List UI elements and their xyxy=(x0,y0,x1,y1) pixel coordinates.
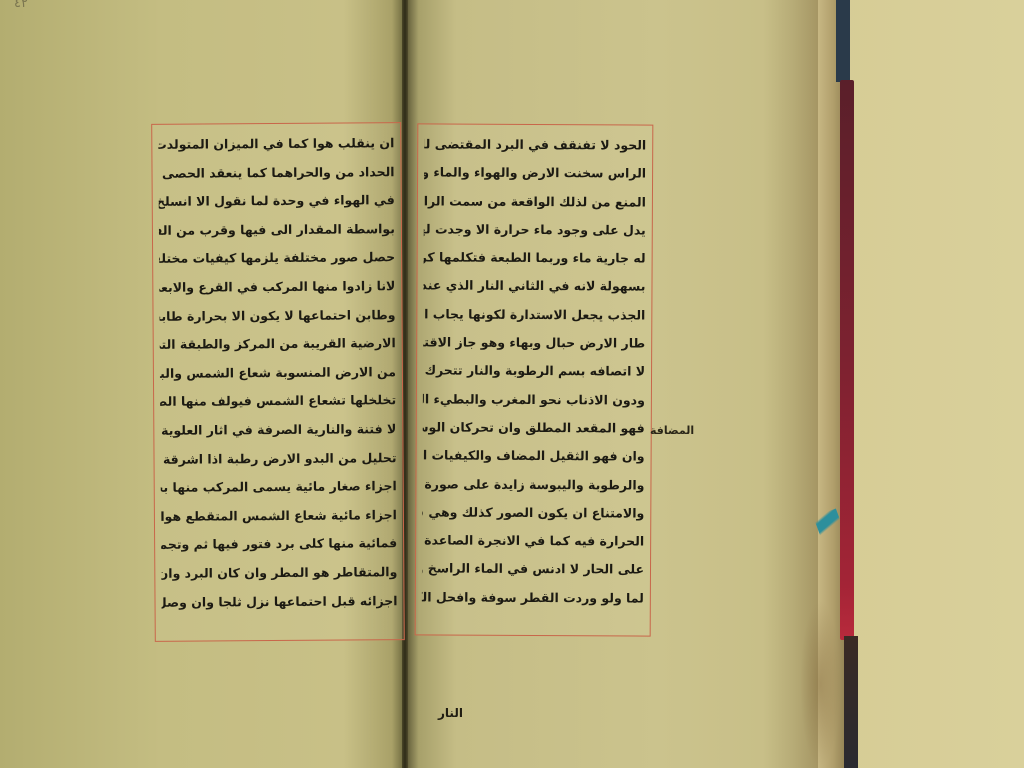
manuscript-line: لا اتصافه بسم الرطوبة والنار تتحرك بحركة… xyxy=(423,357,645,386)
manuscript-line: يدل على وجود ماء حرارة الا وجدت لها عودة… xyxy=(424,215,646,244)
manuscript-line: ان ينقلب هوا كما في الميزان المتولدت عنه… xyxy=(158,129,394,159)
manuscript-line: لا فتنة والنارية الصرفة في اثار العلوية … xyxy=(160,415,396,445)
manuscript-line: الحداد من والحراهما كما ينعقد الحصى ب ال… xyxy=(158,158,394,188)
manuscript-line: الجذب يجعل الاستدارة لكونها يجاب المقعر … xyxy=(423,300,645,329)
manuscript-line: اجزائه قبل احتماعها نزل ثلجا وان وصل بعد… xyxy=(161,587,397,617)
manuscript-line: حصل صور مختلفة يلزمها كيفيات مختلفة وهذه… xyxy=(159,244,395,274)
manuscript-line: والمتقاطر هو المطر وان كان البرد وان الب… xyxy=(161,558,397,588)
manuscript-line: لانا زادوا منها المركب في القرع والابعي … xyxy=(159,272,395,302)
manuscript-line: بواسطة المقدار الى فيها وقرب من الفلك وب… xyxy=(159,215,395,245)
manuscript-line: الارضية القريبة من المركز والطبقة التي ت… xyxy=(160,329,396,359)
folio-number: ٤٢ xyxy=(14,0,28,11)
marginal-note: المضافة xyxy=(650,424,694,437)
manuscript-line: ودون الاذناب نحو المغرب والبطيء العنصرية… xyxy=(423,385,645,414)
manuscript-line: على الحار لا ادنس في الماء الراسخ والآنا… xyxy=(422,555,644,584)
manuscript-line: بسهولة لانه في الثاني النار الذي عند الم… xyxy=(423,272,645,301)
manuscript-line: فمائية منها كلى برد فتور فيها ثم وتجمع و… xyxy=(161,529,397,559)
water-stain xyxy=(800,600,840,768)
manuscript-line: من الارض المنسوبة شعاع الشمس والبخارة ال… xyxy=(160,358,396,388)
manuscript-line: الحرارة فيه كما في الانجرة الصاعدة والهو… xyxy=(422,527,644,556)
manuscript-line: الراس سخنت الارض والهواء والماء وربما يم… xyxy=(424,159,646,188)
manuscript-line: والرطوبة واليبوسة زايدة على صورة الطبعة … xyxy=(422,470,644,499)
manuscript-line: فهو المقعد المطلق وان تحركان الوسط فهو ا… xyxy=(423,413,645,442)
right-text-frame: الحود لا تفنقف في البرد المقتضى للجمود ك… xyxy=(415,123,654,636)
manuscript-line: اجزاء صغار مائية يسمى المركب منها بخارا … xyxy=(161,472,397,502)
manuscript-line: والامتناع ان يكون الصور كذلك وهي قابلة ل… xyxy=(422,498,644,527)
left-text-frame: ان ينقلب هوا كما في الميزان المتولدت عنه… xyxy=(151,122,405,642)
cover-edge-red xyxy=(840,80,854,640)
manuscript-line: المنع من لذلك الواقعة من سمت الراس بها ا… xyxy=(424,187,646,216)
cover-edge-bottom xyxy=(844,636,858,768)
cover-edge-blue xyxy=(836,0,850,82)
manuscript-line: اجزاء مائية شعاع الشمس المتقطع هوا والآف… xyxy=(161,501,397,531)
manuscript-line: في الهواء في وحدة لما نقول الا انسلخ لما… xyxy=(159,186,395,216)
manuscript-line: تخلخلها تشعاع الشمس فيولف منها الطبقة ال… xyxy=(160,387,396,417)
manuscript-line: وطابن احتماعها لا يكون الا بحرارة طابخة … xyxy=(159,301,395,331)
manuscript-line: لما ولو وردت القطر سوفة وافحل الكوز الشد… xyxy=(422,583,644,612)
manuscript-line: طار الارض حبال وبهاء وهو جاز الاقتضاء ال… xyxy=(423,328,645,357)
catchword: النار xyxy=(438,706,463,720)
manuscript-line: وان فهو الثقيل المضاف والكيفيات الاربع ا… xyxy=(423,442,645,471)
manuscript-line: له جارية ماء وربما الطبعة فتكلمها كرى كم… xyxy=(424,244,646,273)
manuscript-line: تحليل من البدو الارض رطبة اذا اشرقة عليه… xyxy=(160,444,396,474)
manuscript-line: الحود لا تفنقف في البرد المقتضى للجمود ك… xyxy=(424,130,646,159)
